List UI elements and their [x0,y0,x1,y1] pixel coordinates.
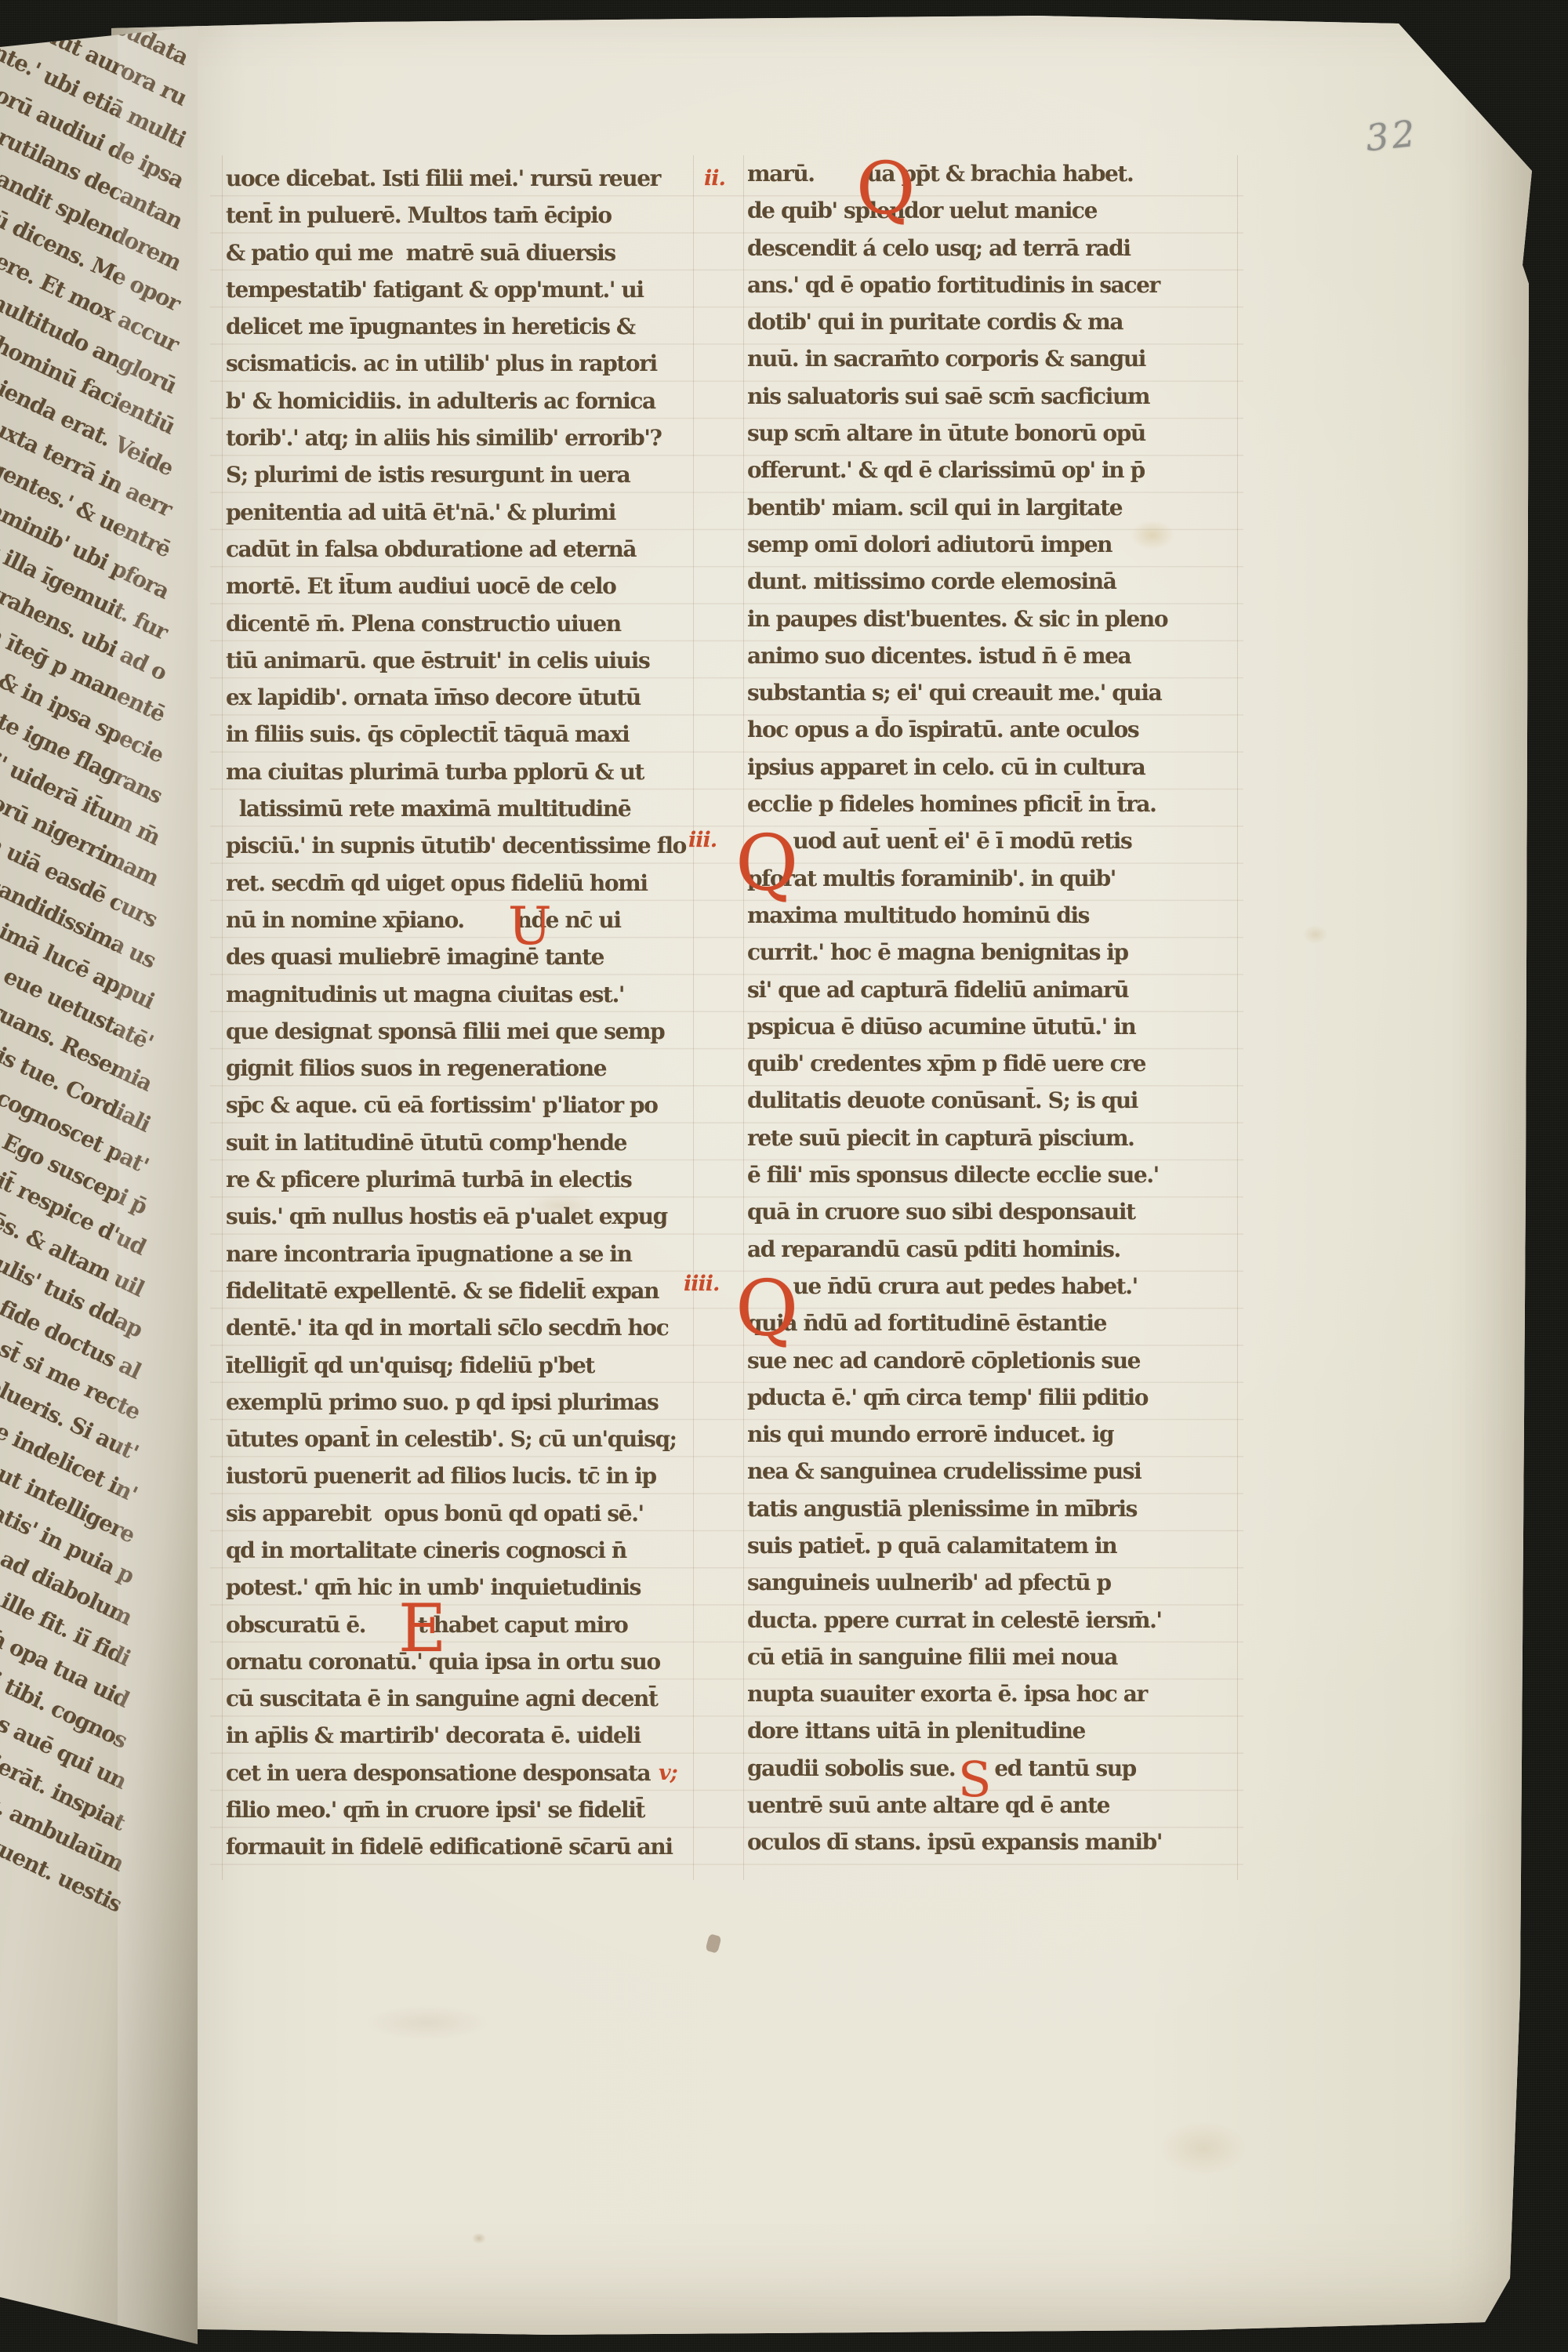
verso-text-line: lante.' ubi etiā multi [0,31,189,152]
verso-text-line: in fide doctus al [0,1283,144,1384]
verso-text-line: lux. & in ipsa specie [0,648,167,768]
text-line: currit.' hoc ē magna benignitas ip [747,934,1236,971]
text-line: potest.' qm̄ hic in umb' inquietudinis [226,1569,696,1606]
verso-text-line: nēs. & altam uil [0,1202,147,1301]
verso-text-line: ua pgentes.' & uentrē [0,434,174,562]
verso-text-line: o. st̄ si me recte [0,1326,143,1425]
verso-text-fragments: splendore circūdatare e' uelut aurora ru… [0,27,198,2344]
verso-text-line: eue uetustatē' [0,964,157,1056]
verso-text-line: b oculis' tuis ddap [0,1232,146,1343]
text-line: formauit in fidelē edificationē sc̄arū a… [226,1828,696,1865]
text-line: si' que ad capturā fideliū animarū [747,971,1236,1008]
text-line: ad reparandū casū pditi hominis. [747,1231,1236,1268]
text-line: dore ittans uitā in plenitudine [747,1712,1236,1749]
text-line: sp̄c & aque. cū eā fortissim' p'liator p… [226,1087,696,1123]
verso-text-line: o pficienda erat. Veide [0,350,177,481]
text-line: filio meo.' qm̄ in cruore ipsi' se fidel… [226,1791,696,1828]
text-line: ma ciuitas plurimā turba pplorū & ut [226,753,696,790]
text-line: b' & homicidiis. in adulteris ac fornica [226,383,696,419]
text-line: dotib' qui in puritate cordis & ma [747,303,1236,340]
verso-text-line: parere. Et mox accur [0,232,182,357]
verso-text-line: splendore circūdata [0,27,192,70]
text-line: sue nec ad candorē cōpletionis sue [747,1342,1236,1379]
text-line: sis apparebit opus bonū qd opati sē.' [226,1495,696,1532]
text-line: ītelligit̄ qd un'quisq; fideliū p'bet [226,1347,696,1384]
manuscript-photo: uoce dicebat. Isti filii mei.' rursū reu… [0,0,1568,2352]
text-line: dentē.' ita qd in mortali sc̄lo secdm̄ h… [226,1309,696,1346]
text-line: pisciū.' in supnis ūtutib' decentissime … [226,827,696,864]
text-line: sanguineis uulnerib' ad pfectū p [747,1564,1236,1601]
text-line: que designat sponsā filii mei que semp [226,1013,696,1050]
verso-text-line: ritū dicens. Me opor [0,194,183,316]
verso-text-line: lante igne flagrans [0,694,165,808]
verso-text-line: er eos ittuent. uestis [0,1795,125,1917]
verso-text-line: antes auē qui un [0,1690,130,1794]
text-line: nis qui mundo errorē inducet. ig [747,1416,1236,1453]
text-line: uentrē suū ante altare qd ē ante [747,1787,1236,1824]
text-line: nea & sanguinea crudelissime pusi [747,1453,1236,1490]
text-line: pspicua ē diūso acumine ūtutū.' in [747,1008,1236,1045]
text-line: pforat multis foraminib'. in quib' [747,860,1236,897]
text-line: in paupes dist'buentes. & sic in pleno [747,601,1236,637]
text-line: marū. ua pp̄t & brachia habet. [747,155,1236,192]
verso-text-line: secdm̄ opa tua uid [0,1601,132,1713]
text-line: ret. secdm̄ qd uiget opus fideliū homi [226,865,696,902]
verso-text-line: transierāt. inspiat [0,1726,129,1835]
text-line: animo suo dicentes. istud n̄ ē mea [747,637,1236,674]
text-line: suis patiet̄. p quā calamitatem in [747,1527,1236,1564]
verso-text-line: dt illa īgemuit. fur [0,533,171,644]
verso-text-line: a me indelicet in' [0,1401,140,1508]
verso-text-line: derat. ambulaūm [0,1769,127,1876]
text-line: offerunt.' & qd ē clarissimū op' in p̄ [747,452,1236,488]
verso-text-line: dederi tibi. cognos [0,1640,131,1753]
text-line: ipsius apparet in celo. cū in cultura [747,749,1236,786]
text-line: delicet me īpugnantes in hereticis & [226,308,696,345]
verso-text-line: multitudo anglorū [0,286,180,398]
text-line: bentib' miam. scil qui in largitate [747,489,1236,526]
text-line: semp omī dolori adiutorū impen [747,526,1236,563]
text-line: oculos dī stans. ipsū expansis manib' [747,1824,1236,1860]
text-line: des quasi muliebrē imaginē tante [226,938,696,975]
text-line: tent̄ in puluerē. Multos tam̄ ēcipio [226,197,696,234]
text-line: ornatu coronatū.' quia ipsa in ortu suo [226,1643,696,1680]
verso-text-line: suū trahens. ubi ad o [0,560,170,685]
vertical-ruling [1237,155,1238,1880]
verso-text-line: ē seruans. Resemia [0,979,155,1096]
text-line: fidelitatē expellentē. & se fidelit̄ exp… [226,1272,696,1309]
verso-text-line: rū candidissima us [0,858,159,973]
verso-text-line: u tam ad diabolum [0,1515,136,1630]
verso-text-line: uficorū audiui de ipsa [0,64,187,194]
text-line: dulitatis deuote conūsant̄. S; is qui [747,1082,1236,1119]
text-line: scismaticis. ac in utilib' plus in rapto… [226,345,696,382]
text-line: exemplū primo suo. p qd ipsi plurimas [226,1384,696,1421]
verso-text-line: peccatis' in puia p [0,1478,137,1588]
verso-text-line: re cognoscet pat' [0,1073,152,1178]
text-line: cet in uera desponsatione desponsata [226,1755,696,1791]
text-line: ūtutes opant̄ in celestib'. S; cū un'qui… [226,1421,696,1457]
text-column-left: uoce dicebat. Isti filii mei.' rursū reu… [226,160,696,1866]
text-line: ex lapidib'. ornata īm̄so decore ūtutū [226,679,696,716]
text-line: substantia s; ei' qui creauit me.' quia [747,674,1236,711]
text-line: cū etiā in sanguine filii mei noua [747,1639,1236,1675]
text-line: ue n̄dū crura aut pedes habet.' [747,1268,1236,1305]
text-line: suit in latitudinē ūtutū comp'hende [226,1124,696,1161]
gutter-highlight [118,27,198,2344]
verso-text-line: am̄ īteḡ p manentē [0,612,169,727]
verso-text-line: imā lucē appui [0,920,158,1014]
text-line: quā in cruore suo sibi desponsauit [747,1193,1236,1230]
text-line: rete suū piecit in capturā piscium. [747,1120,1236,1156]
text-line: ducta. ppere currat in celestē iersm̄.' [747,1602,1236,1639]
text-line: in filiis suis. q̄s cōplectit̄ tāquā max… [226,716,696,753]
vertical-ruling [743,155,744,1880]
text-line: pducta ē.' qm̄ circa temp' filii pditio [747,1379,1236,1416]
verso-text-line: xpandit splendorem [0,155,185,275]
text-line: hoc opus a d̄o īspiratū. ante oculos [747,711,1236,748]
text-line: dicentē m̄. Plena constructio uiuen [226,605,696,642]
text-line: in ap̄lis & martirib' decorata ē. uideli [226,1717,696,1754]
text-line: ē fili' mīs sponsus dilecte ecclie sue.' [747,1156,1236,1193]
verso-text-line: is eorū nigerrimam [0,774,162,891]
text-line: & patio qui me matrē suā diuersis [226,234,696,271]
verso-text-line: re e' uelut aurora ru [0,27,191,111]
text-line: de quib' splendor uelut manice [747,192,1236,229]
text-line: cadūt in falsa obduratione ad eternā [226,531,696,568]
text-line: nū in nomine xp̄iano. nde nc̄ ui [226,902,696,938]
text-line: quia n̄dū ad fortitudinē ēstantie [747,1305,1236,1341]
verso-text-line: ea hominū facientiū [0,319,179,440]
verso-text-line: foraminib' ubi pfora [0,484,172,604]
verso-text-line: pri' uiderā it̄um m̄ [0,739,164,850]
verso-text-line: rtia uiā easdē curs [0,820,161,933]
text-line: tempestatib' fatigant & opp'munt.' ui [226,271,696,308]
vertical-ruling [222,155,223,1880]
folio-number: 32 [1363,112,1420,160]
text-line: gignit filios suos in regeneratione [226,1050,696,1087]
verso-text-line: er aut intelligere [0,1443,139,1548]
text-line: nare incontraria īpugnatione a se in [226,1236,696,1272]
text-line: suis.' qm̄ nullus hostis eā p'ualet expu… [226,1198,696,1235]
text-line: dunt. mitissimo corde elemosinā [747,563,1236,600]
text-line: qd in mortalitate cineris cognosci n̄ [226,1532,696,1569]
verso-text-line: lde rutilans decantan [0,107,186,234]
text-line: penitentia ad uitā ēt'nā.' & plurimi [226,494,696,531]
text-line: uoce dicebat. Isti filii mei.' rursū reu… [226,160,696,197]
text-line: latissimū rete maximā multitudinē [226,790,696,827]
text-line: nuū. in sacram̄to corporis & sangui [747,340,1236,377]
text-column-right: marū. ua pp̄t & brachia habet.de quib' s… [747,155,1236,1861]
text-line: mortē. Et it̄um audiui uocē de celo [226,568,696,604]
verso-text-line: uolueris. Si aut' [0,1367,142,1465]
text-line: re & pficere plurimā turbā in electis [226,1161,696,1198]
verso-text-line: Ego suscepi p̄ [0,1130,151,1219]
text-line: ecclie p fideles homines pficit̄ in t̄ra… [747,786,1236,822]
text-line: descendit á celo usq; ad terrā radi [747,230,1236,267]
text-line: nis saluatoris sui saē scm̄ sacficium [747,378,1236,415]
text-line: magnitudinis ut magna ciuitas est.' [226,976,696,1013]
verso-text-line: es iuxta terrā in aerr [0,398,176,521]
text-line: sup scm̄ altare in ūtute bonorū opū [747,415,1236,452]
text-line: maxima multitudo hominū dis [747,897,1236,934]
text-line: tiū animarū. que ēstruit' in celis uiuis [226,642,696,679]
text-line: cū suscitata ē in sanguine agni decent̄ [226,1680,696,1717]
verso-text-line: igit̄ respice d'ud [0,1160,149,1261]
text-line: tatis angustiā plenissime in mībris [747,1490,1236,1527]
text-line: gaudii sobolis sue. ed tantū sup [747,1750,1236,1787]
text-line: quib' credentes xp̄m p fidē uere cre [747,1045,1236,1082]
text-line: obscuratū ē. t habet caput miro [226,1606,696,1643]
verso-text-line: ditatis tue. Cordiali [0,1020,154,1137]
verso-text-line: uiuit ille fit. iī fidi [0,1563,134,1671]
text-line: ans.' qd ē opatio fortitudinis in sacer [747,267,1236,303]
text-line: torib'.' atq; in aliis his similib' erro… [226,419,696,456]
text-line: nupta suauiter exorta ē. ipsa hoc ar [747,1675,1236,1712]
text-line: uod aut̄ uent̄ ei' ē ī modū retis [747,822,1236,859]
text-line: iustorū puenerit ad filios lucis. tc̄ in… [226,1457,696,1494]
text-line: S; plurimi de istis resurgunt in uera [226,456,696,493]
manuscript-page-verso-sliver: splendore circūdatare e' uelut aurora ru… [0,27,198,2344]
